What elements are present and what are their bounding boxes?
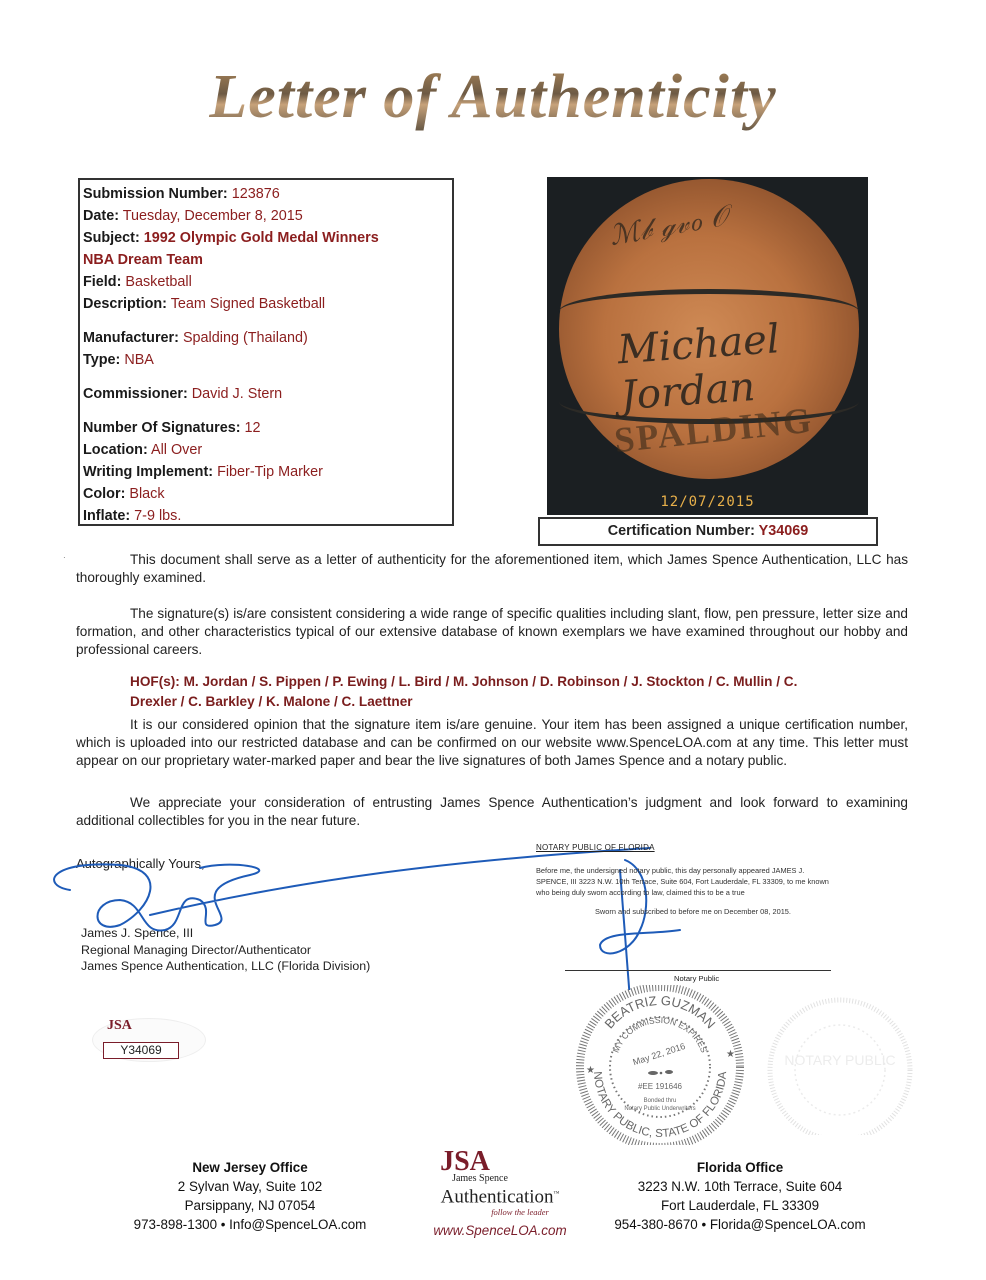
- florida-office: Florida Office 3223 N.W. 10th Terrace, S…: [590, 1158, 890, 1234]
- svg-text:May 22, 2016: May 22, 2016: [632, 1041, 687, 1067]
- certification-number-box: Certification Number: Y34069: [538, 517, 878, 546]
- signature-scribble-top: ℳ𝒷 ℊ𝓋ℴ 𝒪: [607, 199, 731, 253]
- handwritten-signatures: [0, 830, 986, 990]
- svg-text:Notary Public Underwriters: Notary Public Underwriters: [624, 1106, 695, 1112]
- svg-text:★: ★: [586, 1065, 595, 1076]
- detail-submission-number: Submission Number: 123876: [83, 183, 452, 205]
- basketball-image: ℳ𝒷 ℊ𝓋ℴ 𝒪 Michael Jordan SPALDING: [559, 179, 859, 479]
- page-title: Letter of Authenticity: [0, 62, 986, 133]
- paragraph-closing: We appreciate your consideration of entr…: [76, 794, 908, 830]
- detail-subject-line2: NBA Dream Team: [83, 249, 452, 271]
- svg-text:★: ★: [726, 1049, 735, 1060]
- detail-manufacturer: Manufacturer: Spalding (Thailand): [83, 327, 452, 349]
- fl-contact[interactable]: 954-380-8670 • Florida@SpenceLOA.com: [590, 1215, 890, 1234]
- detail-subject: Subject: 1992 Olympic Gold Medal Winners: [83, 227, 452, 249]
- detail-description: Description: Team Signed Basketball: [83, 293, 452, 315]
- item-details-box: Submission Number: 123876 Date: Tuesday,…: [78, 178, 454, 526]
- speck: ·: [63, 553, 66, 562]
- photo-date-stamp: 12/07/2015: [547, 494, 868, 510]
- nj-contact[interactable]: 973-898-1300 • Info@SpenceLOA.com: [100, 1215, 400, 1234]
- notary-signature-line: [565, 970, 831, 971]
- notary-sworn-date: Sworn and subscribed to before me on Dec…: [595, 907, 791, 916]
- certification-number: Y34069: [759, 523, 809, 539]
- embossed-seal: NOTARY PUBLIC: [745, 995, 915, 1135]
- paragraph-consistency: The signature(s) is/are consistent consi…: [76, 605, 908, 659]
- paragraph-intro: This document shall serve as a letter of…: [76, 551, 908, 587]
- sticker-cert-number: Y34069: [103, 1042, 179, 1059]
- basketball-photo: ℳ𝒷 ℊ𝓋ℴ 𝒪 Michael Jordan SPALDING 12/07/2…: [547, 177, 868, 515]
- detail-date: Date: Tuesday, December 8, 2015: [83, 205, 452, 227]
- svg-text:NOTARY PUBLIC: NOTARY PUBLIC: [784, 1052, 895, 1068]
- notary-stamp-seal: BEATRIZ GUZMAN MY COMMISSION EXPIRES NOT…: [568, 985, 752, 1145]
- notary-title: NOTARY PUBLIC OF FLORIDA: [536, 843, 655, 852]
- detail-location: Location: All Over: [83, 439, 452, 461]
- paragraph-opinion: It is our considered opinion that the si…: [76, 716, 908, 770]
- jsa-logo: JSA James Spence Authentication™ follow …: [410, 1150, 590, 1238]
- svg-text:#EE 191646: #EE 191646: [638, 1082, 683, 1091]
- detail-writing-implement: Writing Implement: Fiber-Tip Marker: [83, 461, 452, 483]
- notary-line-label: Notary Public: [674, 974, 719, 983]
- detail-commissioner: Commissioner: David J. Stern: [83, 383, 452, 405]
- detail-inflate: Inflate: 7-9 lbs.: [83, 505, 452, 527]
- detail-color: Color: Black: [83, 483, 452, 505]
- notary-statement: Before me, the undersigned notary public…: [536, 865, 836, 898]
- signature-scribble-jordan: Michael Jordan: [616, 311, 862, 420]
- detail-type: Type: NBA: [83, 349, 452, 371]
- sticker-jsa-logo: JSA: [107, 1018, 132, 1034]
- hof-list: HOF(s): M. Jordan / S. Pippen / P. Ewing…: [130, 672, 830, 712]
- detail-field: Field: Basketball: [83, 271, 452, 293]
- detail-number-of-signatures: Number Of Signatures: 12: [83, 417, 452, 439]
- svg-text:Bonded thru: Bonded thru: [644, 1098, 677, 1104]
- website-link[interactable]: www.SpenceLOA.com: [410, 1223, 590, 1238]
